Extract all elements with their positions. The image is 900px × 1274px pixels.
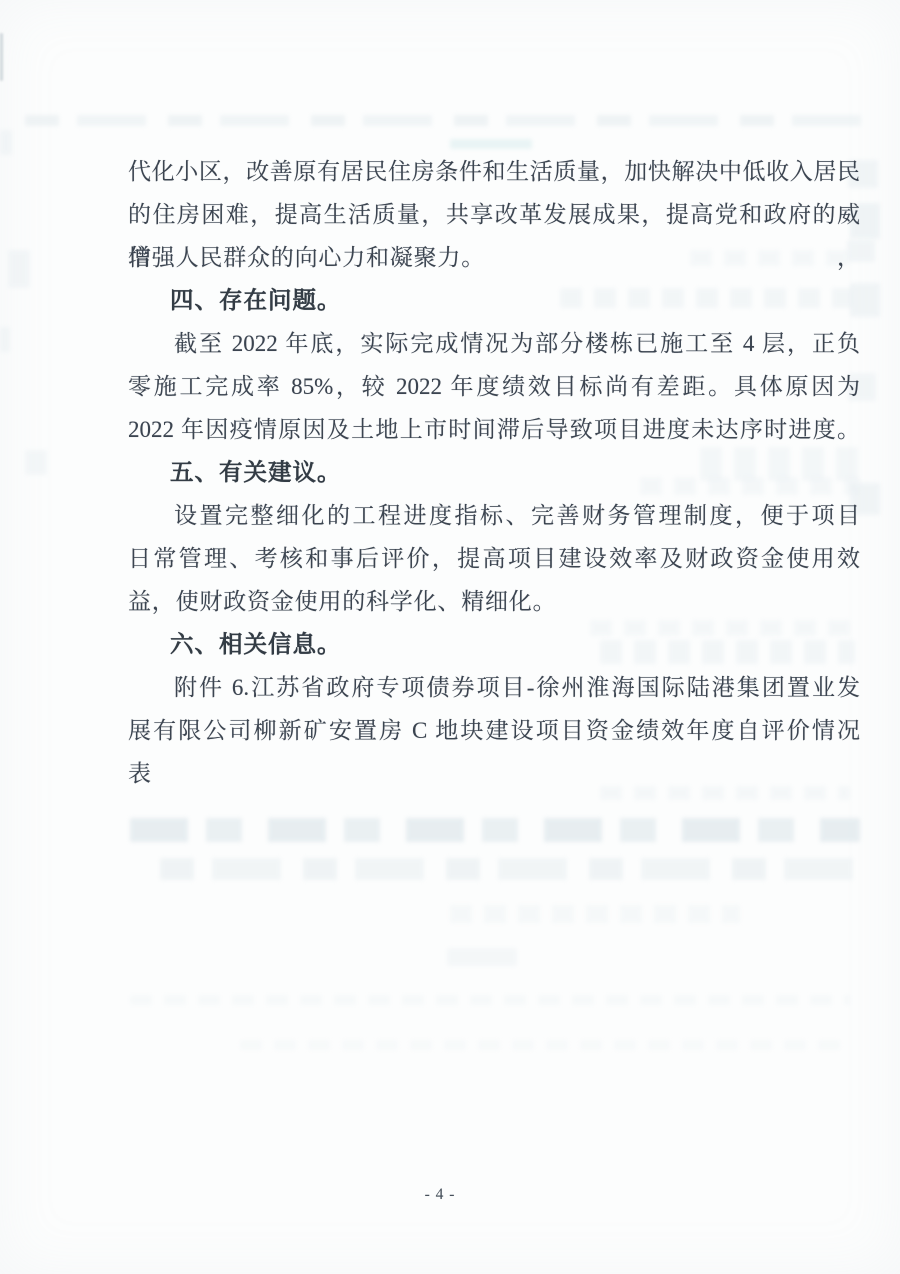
document-page: 代化小区，改善原有居民住房条件和生活质量，加快解决中低收入居民 的住房困难，提高… [0, 0, 900, 1274]
paragraph-line: 设置完整细化的工程进度指标、完善财务管理制度，便于项目 [128, 494, 860, 537]
paragraph-line: 日常管理、考核和事后评价，提高项目建设效率及财政资金使用效 [128, 537, 860, 580]
attachment-reference-line: 展有限公司柳新矿安置房 C 地块建设项目资金绩效年度自评价情况 [128, 709, 860, 752]
scan-artifact [8, 250, 30, 288]
section-heading-4: 四、存在问题。 [128, 279, 860, 322]
document-body: 代化小区，改善原有居民住房条件和生活质量，加快解决中低收入居民 的住房困难，提高… [128, 150, 860, 795]
scan-artifact [0, 130, 12, 155]
scan-artifact [160, 858, 860, 880]
scan-artifact [0, 327, 10, 352]
scan-artifact [25, 115, 880, 126]
section-heading-6: 六、相关信息。 [128, 623, 860, 666]
section-heading-5: 五、有关建议。 [128, 451, 860, 494]
scan-artifact [450, 905, 740, 923]
scan-artifact [240, 1040, 840, 1050]
paragraph-line: 的住房困难，提高生活质量，共享改革发展成果，提高党和政府的威信， [128, 193, 860, 236]
scan-artifact [447, 948, 517, 966]
paragraph-line: 代化小区，改善原有居民住房条件和生活质量，加快解决中低收入居民 [128, 150, 860, 193]
paragraph-line: 益，使财政资金使用的科学化、精细化。 [128, 580, 860, 623]
scan-artifact [0, 33, 3, 81]
scan-artifact [450, 139, 532, 149]
paragraph-line: 2022 年因疫情原因及土地上市时间滞后导致项目进度未达序时进度。 [128, 408, 860, 451]
paragraph-line: 截至 2022 年底，实际完成情况为部分楼栋已施工至 4 层，正负 [128, 322, 860, 365]
scan-artifact [130, 995, 850, 1005]
attachment-reference-line: 附件 6.江苏省政府专项债券项目-徐州淮海国际陆港集团置业发 [128, 666, 860, 709]
scan-artifact [25, 450, 47, 475]
paragraph-line: 零施工完成率 85%，较 2022 年度绩效目标尚有差距。具体原因为 [128, 365, 860, 408]
attachment-reference-line: 表 [128, 752, 860, 795]
page-number: - 4 - [0, 1186, 890, 1204]
scan-artifact [130, 818, 860, 842]
